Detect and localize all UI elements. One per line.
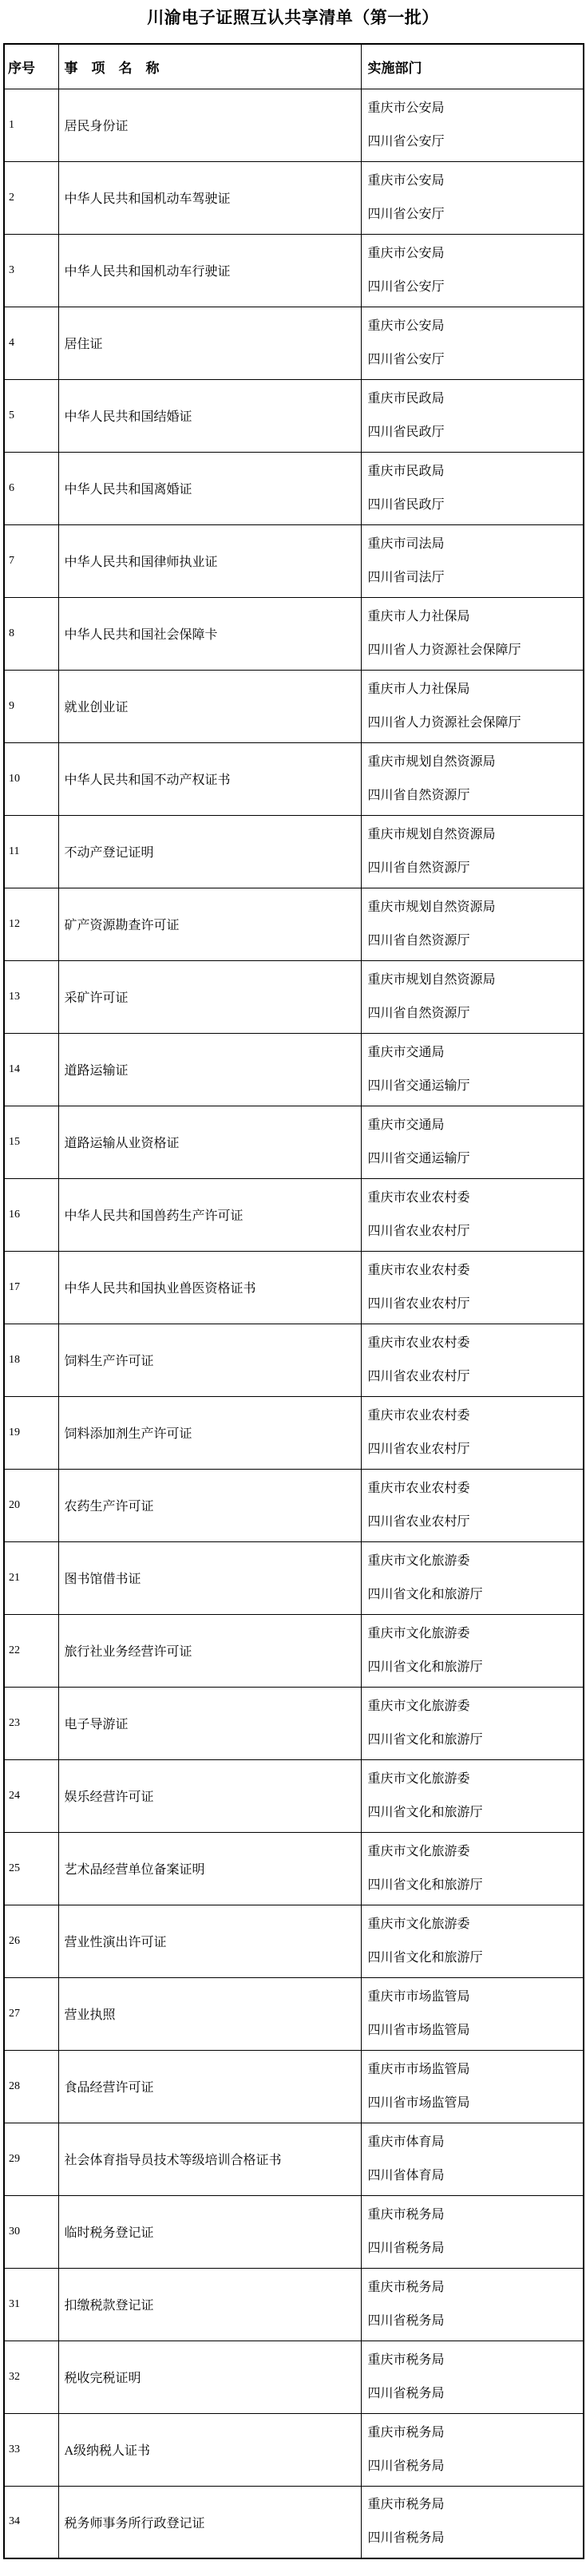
item-name-cell: 税收完税证明 bbox=[58, 2341, 361, 2413]
department-line-1: 重庆市文化旅游委 bbox=[368, 1690, 584, 1723]
row-index-cell: 33 bbox=[4, 2413, 58, 2486]
row-index-cell: 13 bbox=[4, 960, 58, 1033]
department-line-2: 四川省人力资源社会保障厅 bbox=[368, 634, 584, 667]
row-index-cell: 15 bbox=[4, 1106, 58, 1178]
row-index-cell: 34 bbox=[4, 2486, 58, 2558]
table-row: 28 食品经营许可证 重庆市市场监管局 四川省市场监管局 bbox=[4, 2050, 584, 2123]
table-row: 33 A级纳税人证书 重庆市税务局 四川省税务局 bbox=[4, 2413, 584, 2486]
departments-cell: 重庆市公安局 四川省公安厅 bbox=[361, 161, 584, 234]
department-line-1: 重庆市司法局 bbox=[368, 528, 584, 561]
departments-cell: 重庆市公安局 四川省公安厅 bbox=[361, 234, 584, 307]
department-line-1: 重庆市市场监管局 bbox=[368, 2053, 584, 2087]
item-name-cell: A级纳税人证书 bbox=[58, 2413, 361, 2486]
department-line-1: 重庆市文化旅游委 bbox=[368, 1617, 584, 1651]
item-name-cell: 旅行社业务经营许可证 bbox=[58, 1614, 361, 1687]
item-name-cell: 中华人民共和国结婚证 bbox=[58, 379, 361, 452]
license-list-table: 序号 事 项 名 称 实施部门 1 居民身份证 重庆市公安局 四川省公安厅 2 … bbox=[3, 43, 584, 2559]
department-line-2: 四川省税务局 bbox=[368, 2377, 584, 2411]
table-row: 34 税务师事务所行政登记证 重庆市税务局 四川省税务局 bbox=[4, 2486, 584, 2558]
table-row: 26 营业性演出许可证 重庆市文化旅游委 四川省文化和旅游厅 bbox=[4, 1905, 584, 1977]
row-index-cell: 19 bbox=[4, 1396, 58, 1469]
department-line-2: 四川省市场监管局 bbox=[368, 2087, 584, 2120]
row-index-cell: 14 bbox=[4, 1033, 58, 1106]
row-index-cell: 23 bbox=[4, 1687, 58, 1759]
row-index-cell: 24 bbox=[4, 1759, 58, 1832]
department-line-1: 重庆市税务局 bbox=[368, 2488, 584, 2522]
department-line-1: 重庆市规划自然资源局 bbox=[368, 746, 584, 779]
item-name-cell: 食品经营许可证 bbox=[58, 2050, 361, 2123]
department-line-1: 重庆市文化旅游委 bbox=[368, 1835, 584, 1869]
row-index-cell: 1 bbox=[4, 89, 58, 161]
table-row: 27 营业执照 重庆市市场监管局 四川省市场监管局 bbox=[4, 1977, 584, 2050]
row-index-cell: 26 bbox=[4, 1905, 58, 1977]
department-line-2: 四川省农业农村厅 bbox=[368, 1506, 584, 1539]
table-row: 4 居住证 重庆市公安局 四川省公安厅 bbox=[4, 307, 584, 379]
department-line-2: 四川省税务局 bbox=[368, 2232, 584, 2265]
row-index-cell: 27 bbox=[4, 1977, 58, 2050]
table-row: 9 就业创业证 重庆市人力社保局 四川省人力资源社会保障厅 bbox=[4, 670, 584, 742]
departments-cell: 重庆市规划自然资源局 四川省自然资源厅 bbox=[361, 742, 584, 815]
departments-cell: 重庆市公安局 四川省公安厅 bbox=[361, 89, 584, 161]
item-name-cell: 中华人民共和国离婚证 bbox=[58, 452, 361, 524]
departments-cell: 重庆市市场监管局 四川省市场监管局 bbox=[361, 1977, 584, 2050]
item-name-cell: 娱乐经营许可证 bbox=[58, 1759, 361, 1832]
department-line-1: 重庆市规划自然资源局 bbox=[368, 891, 584, 924]
table-row: 5 中华人民共和国结婚证 重庆市民政局 四川省民政厅 bbox=[4, 379, 584, 452]
department-line-2: 四川省文化和旅游厅 bbox=[368, 1869, 584, 1902]
department-line-2: 四川省税务局 bbox=[368, 2305, 584, 2338]
department-line-2: 四川省民政厅 bbox=[368, 489, 584, 522]
department-line-1: 重庆市交通局 bbox=[368, 1036, 584, 1070]
departments-cell: 重庆市规划自然资源局 四川省自然资源厅 bbox=[361, 815, 584, 888]
departments-cell: 重庆市税务局 四川省税务局 bbox=[361, 2486, 584, 2558]
table-row: 14 道路运输证 重庆市交通局 四川省交通运输厅 bbox=[4, 1033, 584, 1106]
row-index-cell: 18 bbox=[4, 1324, 58, 1396]
row-index-cell: 30 bbox=[4, 2195, 58, 2268]
department-line-1: 重庆市交通局 bbox=[368, 1109, 584, 1142]
item-name-cell: 社会体育指导员技术等级培训合格证书 bbox=[58, 2123, 361, 2195]
item-name-cell: 中华人民共和国不动产权证书 bbox=[58, 742, 361, 815]
row-index-cell: 22 bbox=[4, 1614, 58, 1687]
item-name-cell: 道路运输从业资格证 bbox=[58, 1106, 361, 1178]
department-line-1: 重庆市税务局 bbox=[368, 2198, 584, 2232]
department-line-1: 重庆市公安局 bbox=[368, 92, 584, 125]
department-line-2: 四川省税务局 bbox=[368, 2450, 584, 2483]
department-line-1: 重庆市文化旅游委 bbox=[368, 1908, 584, 1941]
department-line-1: 重庆市税务局 bbox=[368, 2344, 584, 2377]
item-name-cell: 饲料生产许可证 bbox=[58, 1324, 361, 1396]
department-line-1: 重庆市规划自然资源局 bbox=[368, 964, 584, 997]
table-row: 12 矿产资源勘查许可证 重庆市规划自然资源局 四川省自然资源厅 bbox=[4, 888, 584, 960]
table-row: 20 农药生产许可证 重庆市农业农村委 四川省农业农村厅 bbox=[4, 1469, 584, 1541]
table-row: 18 饲料生产许可证 重庆市农业农村委 四川省农业农村厅 bbox=[4, 1324, 584, 1396]
row-index-cell: 5 bbox=[4, 379, 58, 452]
department-line-1: 重庆市民政局 bbox=[368, 382, 584, 416]
departments-cell: 重庆市民政局 四川省民政厅 bbox=[361, 452, 584, 524]
table-row: 21 图书馆借书证 重庆市文化旅游委 四川省文化和旅游厅 bbox=[4, 1541, 584, 1614]
row-index-cell: 28 bbox=[4, 2050, 58, 2123]
table-row: 24 娱乐经营许可证 重庆市文化旅游委 四川省文化和旅游厅 bbox=[4, 1759, 584, 1832]
table-body: 1 居民身份证 重庆市公安局 四川省公安厅 2 中华人民共和国机动车驾驶证 重庆… bbox=[4, 89, 584, 2558]
departments-cell: 重庆市文化旅游委 四川省文化和旅游厅 bbox=[361, 1614, 584, 1687]
row-index-cell: 25 bbox=[4, 1832, 58, 1905]
table-row: 29 社会体育指导员技术等级培训合格证书 重庆市体育局 四川省体育局 bbox=[4, 2123, 584, 2195]
row-index-cell: 31 bbox=[4, 2268, 58, 2341]
department-line-1: 重庆市农业农村委 bbox=[368, 1254, 584, 1288]
departments-cell: 重庆市农业农村委 四川省农业农村厅 bbox=[361, 1178, 584, 1251]
row-index-cell: 11 bbox=[4, 815, 58, 888]
department-line-2: 四川省公安厅 bbox=[368, 125, 584, 159]
department-line-2: 四川省自然资源厅 bbox=[368, 924, 584, 958]
row-index-cell: 2 bbox=[4, 161, 58, 234]
department-line-2: 四川省文化和旅游厅 bbox=[368, 1723, 584, 1757]
departments-cell: 重庆市公安局 四川省公安厅 bbox=[361, 307, 584, 379]
table-header: 序号 事 项 名 称 实施部门 bbox=[4, 44, 584, 89]
table-row: 16 中华人民共和国兽药生产许可证 重庆市农业农村委 四川省农业农村厅 bbox=[4, 1178, 584, 1251]
departments-cell: 重庆市农业农村委 四川省农业农村厅 bbox=[361, 1324, 584, 1396]
department-line-2: 四川省公安厅 bbox=[368, 271, 584, 304]
departments-cell: 重庆市文化旅游委 四川省文化和旅游厅 bbox=[361, 1832, 584, 1905]
item-name-cell: 艺术品经营单位备案证明 bbox=[58, 1832, 361, 1905]
item-name-cell: 中华人民共和国执业兽医资格证书 bbox=[58, 1251, 361, 1324]
table-row: 6 中华人民共和国离婚证 重庆市民政局 四川省民政厅 bbox=[4, 452, 584, 524]
table-row: 15 道路运输从业资格证 重庆市交通局 四川省交通运输厅 bbox=[4, 1106, 584, 1178]
department-line-2: 四川省税务局 bbox=[368, 2522, 584, 2555]
item-name-cell: 税务师事务所行政登记证 bbox=[58, 2486, 361, 2558]
department-line-1: 重庆市公安局 bbox=[368, 164, 584, 198]
page-title: 川渝电子证照互认共享清单（第一批） bbox=[0, 6, 586, 29]
department-line-1: 重庆市农业农村委 bbox=[368, 1181, 584, 1215]
item-name-cell: 饲料添加剂生产许可证 bbox=[58, 1396, 361, 1469]
row-index-cell: 4 bbox=[4, 307, 58, 379]
departments-cell: 重庆市规划自然资源局 四川省自然资源厅 bbox=[361, 960, 584, 1033]
row-index-cell: 29 bbox=[4, 2123, 58, 2195]
department-line-1: 重庆市体育局 bbox=[368, 2126, 584, 2159]
item-name-cell: 图书馆借书证 bbox=[58, 1541, 361, 1614]
item-name-cell: 采矿许可证 bbox=[58, 960, 361, 1033]
department-line-1: 重庆市人力社保局 bbox=[368, 673, 584, 706]
departments-cell: 重庆市农业农村委 四川省农业农村厅 bbox=[361, 1396, 584, 1469]
department-line-2: 四川省司法厅 bbox=[368, 561, 584, 595]
table-header-row: 序号 事 项 名 称 实施部门 bbox=[4, 44, 584, 89]
departments-cell: 重庆市市场监管局 四川省市场监管局 bbox=[361, 2050, 584, 2123]
department-line-2: 四川省农业农村厅 bbox=[368, 1288, 584, 1321]
department-line-1: 重庆市农业农村委 bbox=[368, 1327, 584, 1360]
department-line-2: 四川省公安厅 bbox=[368, 343, 584, 377]
row-index-cell: 20 bbox=[4, 1469, 58, 1541]
departments-cell: 重庆市司法局 四川省司法厅 bbox=[361, 524, 584, 597]
item-name-cell: 道路运输证 bbox=[58, 1033, 361, 1106]
department-line-2: 四川省文化和旅游厅 bbox=[368, 1941, 584, 1975]
department-line-2: 四川省文化和旅游厅 bbox=[368, 1578, 584, 1612]
department-line-1: 重庆市农业农村委 bbox=[368, 1472, 584, 1506]
department-line-2: 四川省文化和旅游厅 bbox=[368, 1796, 584, 1830]
row-index-cell: 8 bbox=[4, 597, 58, 670]
table-row: 13 采矿许可证 重庆市规划自然资源局 四川省自然资源厅 bbox=[4, 960, 584, 1033]
table-row: 25 艺术品经营单位备案证明 重庆市文化旅游委 四川省文化和旅游厅 bbox=[4, 1832, 584, 1905]
item-name-cell: 中华人民共和国机动车行驶证 bbox=[58, 234, 361, 307]
department-line-1: 重庆市农业农村委 bbox=[368, 1399, 584, 1433]
table-row: 2 中华人民共和国机动车驾驶证 重庆市公安局 四川省公安厅 bbox=[4, 161, 584, 234]
departments-cell: 重庆市文化旅游委 四川省文化和旅游厅 bbox=[361, 1759, 584, 1832]
department-line-1: 重庆市公安局 bbox=[368, 310, 584, 343]
row-index-cell: 21 bbox=[4, 1541, 58, 1614]
table-row: 22 旅行社业务经营许可证 重庆市文化旅游委 四川省文化和旅游厅 bbox=[4, 1614, 584, 1687]
item-name-cell: 营业性演出许可证 bbox=[58, 1905, 361, 1977]
department-line-1: 重庆市文化旅游委 bbox=[368, 1545, 584, 1578]
item-name-cell: 营业执照 bbox=[58, 1977, 361, 2050]
departments-cell: 重庆市农业农村委 四川省农业农村厅 bbox=[361, 1469, 584, 1541]
item-name-cell: 中华人民共和国兽药生产许可证 bbox=[58, 1178, 361, 1251]
item-name-cell: 不动产登记证明 bbox=[58, 815, 361, 888]
table-row: 7 中华人民共和国律师执业证 重庆市司法局 四川省司法厅 bbox=[4, 524, 584, 597]
item-name-cell: 扣缴税款登记证 bbox=[58, 2268, 361, 2341]
column-header-index: 序号 bbox=[4, 44, 58, 89]
row-index-cell: 10 bbox=[4, 742, 58, 815]
item-name-cell: 居住证 bbox=[58, 307, 361, 379]
department-line-1: 重庆市规划自然资源局 bbox=[368, 818, 584, 852]
item-name-cell: 矿产资源勘查许可证 bbox=[58, 888, 361, 960]
column-header-item-name: 事 项 名 称 bbox=[58, 44, 361, 89]
table-row: 19 饲料添加剂生产许可证 重庆市农业农村委 四川省农业农村厅 bbox=[4, 1396, 584, 1469]
department-line-2: 四川省文化和旅游厅 bbox=[368, 1651, 584, 1684]
department-line-1: 重庆市税务局 bbox=[368, 2271, 584, 2305]
department-line-1: 重庆市人力社保局 bbox=[368, 600, 584, 634]
item-name-cell: 电子导游证 bbox=[58, 1687, 361, 1759]
department-line-1: 重庆市文化旅游委 bbox=[368, 1763, 584, 1796]
department-line-2: 四川省自然资源厅 bbox=[368, 852, 584, 885]
item-name-cell: 中华人民共和国律师执业证 bbox=[58, 524, 361, 597]
department-line-2: 四川省农业农村厅 bbox=[368, 1360, 584, 1394]
item-name-cell: 就业创业证 bbox=[58, 670, 361, 742]
department-line-1: 重庆市市场监管局 bbox=[368, 1980, 584, 2014]
department-line-2: 四川省交通运输厅 bbox=[368, 1070, 584, 1103]
row-index-cell: 12 bbox=[4, 888, 58, 960]
row-index-cell: 32 bbox=[4, 2341, 58, 2413]
department-line-2: 四川省市场监管局 bbox=[368, 2014, 584, 2048]
table-row: 11 不动产登记证明 重庆市规划自然资源局 四川省自然资源厅 bbox=[4, 815, 584, 888]
item-name-cell: 居民身份证 bbox=[58, 89, 361, 161]
department-line-1: 重庆市民政局 bbox=[368, 455, 584, 489]
departments-cell: 重庆市税务局 四川省税务局 bbox=[361, 2413, 584, 2486]
item-name-cell: 中华人民共和国社会保障卡 bbox=[58, 597, 361, 670]
departments-cell: 重庆市交通局 四川省交通运输厅 bbox=[361, 1106, 584, 1178]
row-index-cell: 9 bbox=[4, 670, 58, 742]
table-row: 8 中华人民共和国社会保障卡 重庆市人力社保局 四川省人力资源社会保障厅 bbox=[4, 597, 584, 670]
row-index-cell: 6 bbox=[4, 452, 58, 524]
item-name-cell: 中华人民共和国机动车驾驶证 bbox=[58, 161, 361, 234]
department-line-2: 四川省体育局 bbox=[368, 2159, 584, 2193]
department-line-2: 四川省自然资源厅 bbox=[368, 779, 584, 813]
table-row: 1 居民身份证 重庆市公安局 四川省公安厅 bbox=[4, 89, 584, 161]
department-line-2: 四川省农业农村厅 bbox=[368, 1433, 584, 1466]
table-row: 32 税收完税证明 重庆市税务局 四川省税务局 bbox=[4, 2341, 584, 2413]
table-row: 17 中华人民共和国执业兽医资格证书 重庆市农业农村委 四川省农业农村厅 bbox=[4, 1251, 584, 1324]
column-header-departments: 实施部门 bbox=[361, 44, 584, 89]
item-name-cell: 临时税务登记证 bbox=[58, 2195, 361, 2268]
item-name-cell: 农药生产许可证 bbox=[58, 1469, 361, 1541]
departments-cell: 重庆市税务局 四川省税务局 bbox=[361, 2341, 584, 2413]
table-row: 10 中华人民共和国不动产权证书 重庆市规划自然资源局 四川省自然资源厅 bbox=[4, 742, 584, 815]
departments-cell: 重庆市交通局 四川省交通运输厅 bbox=[361, 1033, 584, 1106]
table-row: 31 扣缴税款登记证 重庆市税务局 四川省税务局 bbox=[4, 2268, 584, 2341]
row-index-cell: 3 bbox=[4, 234, 58, 307]
departments-cell: 重庆市税务局 四川省税务局 bbox=[361, 2195, 584, 2268]
departments-cell: 重庆市文化旅游委 四川省文化和旅游厅 bbox=[361, 1687, 584, 1759]
departments-cell: 重庆市规划自然资源局 四川省自然资源厅 bbox=[361, 888, 584, 960]
departments-cell: 重庆市人力社保局 四川省人力资源社会保障厅 bbox=[361, 597, 584, 670]
table-row: 30 临时税务登记证 重庆市税务局 四川省税务局 bbox=[4, 2195, 584, 2268]
department-line-1: 重庆市税务局 bbox=[368, 2416, 584, 2450]
department-line-1: 重庆市公安局 bbox=[368, 237, 584, 271]
department-line-2: 四川省民政厅 bbox=[368, 416, 584, 449]
departments-cell: 重庆市农业农村委 四川省农业农村厅 bbox=[361, 1251, 584, 1324]
department-line-2: 四川省自然资源厅 bbox=[368, 997, 584, 1031]
department-line-2: 四川省人力资源社会保障厅 bbox=[368, 706, 584, 740]
department-line-2: 四川省交通运输厅 bbox=[368, 1142, 584, 1176]
departments-cell: 重庆市税务局 四川省税务局 bbox=[361, 2268, 584, 2341]
departments-cell: 重庆市文化旅游委 四川省文化和旅游厅 bbox=[361, 1905, 584, 1977]
department-line-2: 四川省农业农村厅 bbox=[368, 1215, 584, 1248]
row-index-cell: 16 bbox=[4, 1178, 58, 1251]
departments-cell: 重庆市文化旅游委 四川省文化和旅游厅 bbox=[361, 1541, 584, 1614]
row-index-cell: 7 bbox=[4, 524, 58, 597]
departments-cell: 重庆市体育局 四川省体育局 bbox=[361, 2123, 584, 2195]
table-row: 23 电子导游证 重庆市文化旅游委 四川省文化和旅游厅 bbox=[4, 1687, 584, 1759]
document-page: 川渝电子证照互认共享清单（第一批） 序号 事 项 名 称 实施部门 1 居民身份… bbox=[0, 0, 586, 2576]
department-line-2: 四川省公安厅 bbox=[368, 198, 584, 231]
departments-cell: 重庆市人力社保局 四川省人力资源社会保障厅 bbox=[361, 670, 584, 742]
table-row: 3 中华人民共和国机动车行驶证 重庆市公安局 四川省公安厅 bbox=[4, 234, 584, 307]
departments-cell: 重庆市民政局 四川省民政厅 bbox=[361, 379, 584, 452]
row-index-cell: 17 bbox=[4, 1251, 58, 1324]
